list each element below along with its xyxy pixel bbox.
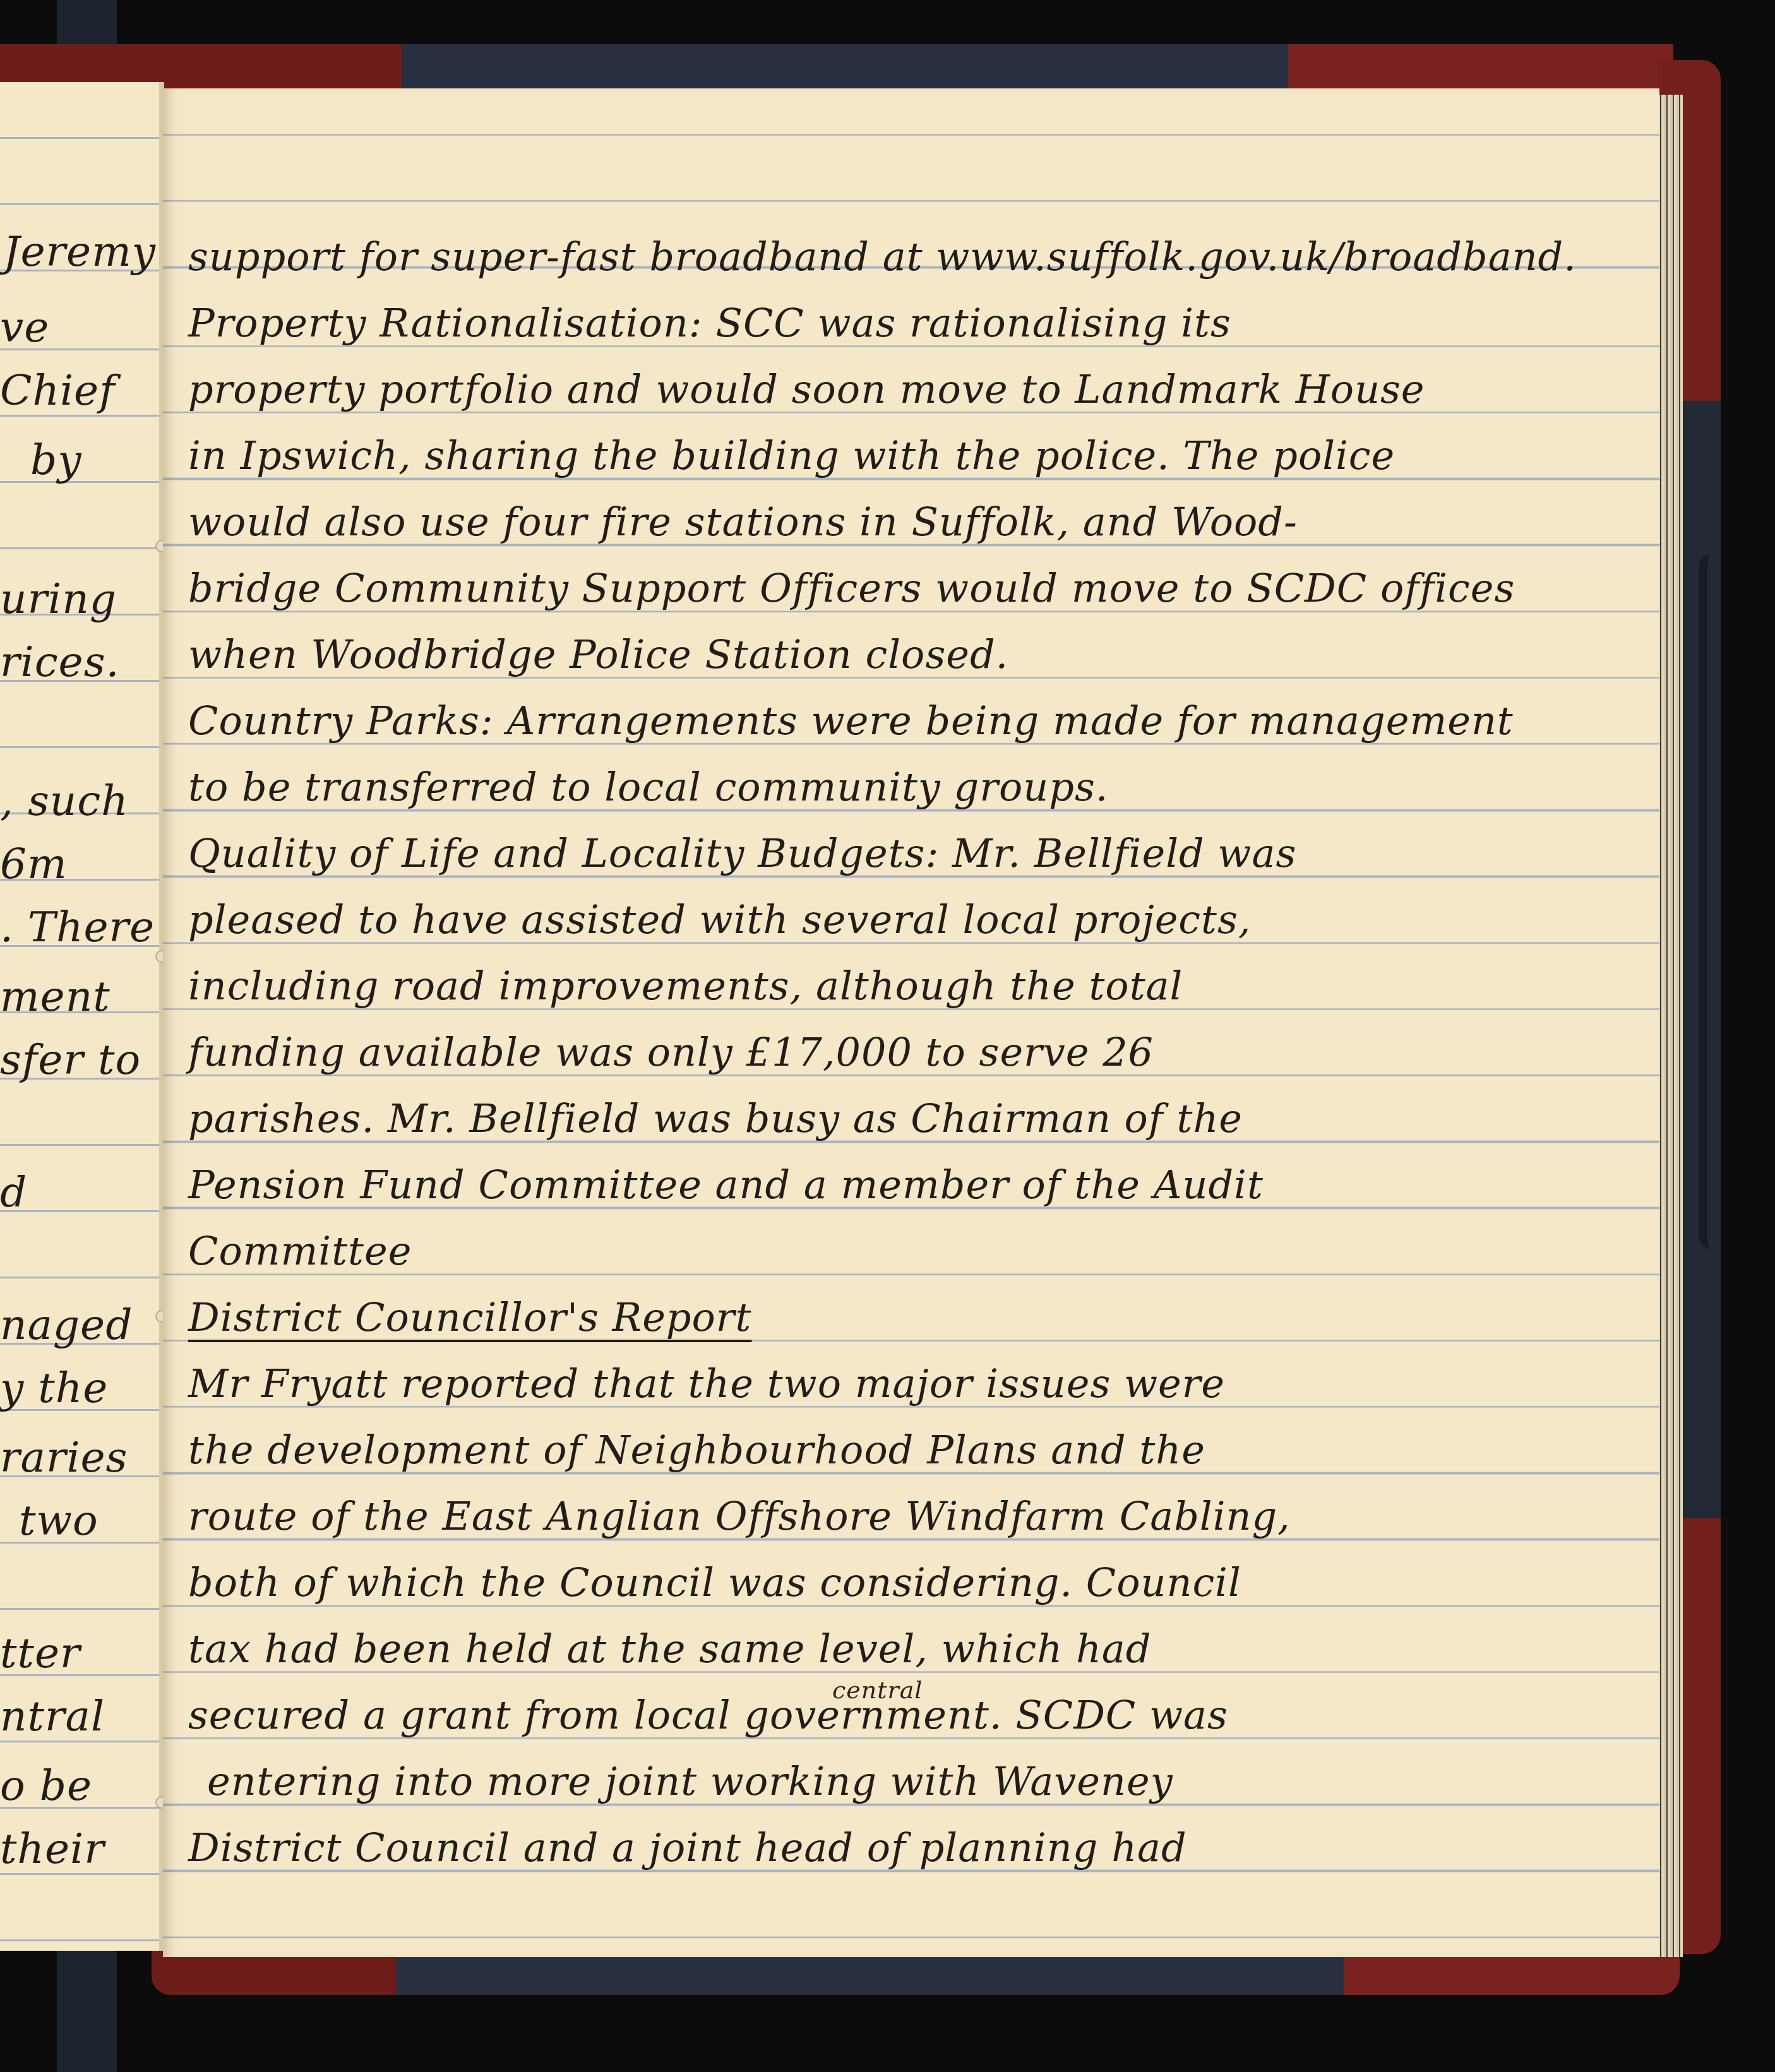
ribbon-bookmark: [1699, 553, 1733, 1253]
section-line-country-parks: Country Parks: Arrangements were being m…: [188, 698, 1514, 744]
right-page: support for super-fast broadband at www.…: [163, 88, 1659, 1957]
text-line: including road improvements, although th…: [188, 963, 1183, 1009]
left-page: Jeremy ve Chief by uring rices. , such 6…: [0, 82, 163, 1951]
text-line: Committee: [188, 1228, 412, 1274]
section-line-quality-of-life: Quality of Life and Locality Budgets: Mr…: [188, 830, 1296, 876]
left-fragment: o be: [0, 1761, 92, 1810]
left-fragment: ment: [0, 972, 111, 1021]
left-fragment: Jeremy: [3, 227, 156, 276]
page-edges: [1658, 95, 1683, 1957]
left-fragment: ve: [0, 303, 49, 352]
text-line: property portfolio and would soon move t…: [188, 366, 1425, 412]
left-fragment: raries: [0, 1433, 128, 1482]
left-fragment: uring: [0, 575, 117, 623]
text-line: secured a grant from local government. S…: [188, 1692, 1228, 1738]
left-fragment: sfer to: [0, 1035, 141, 1084]
text-line: entering into more joint working with Wa…: [207, 1758, 1173, 1804]
section-heading-district-report: District Councillor's Report: [188, 1294, 751, 1340]
text-line: Pension Fund Committee and a member of t…: [188, 1162, 1264, 1208]
text-line: tax had been held at the same level, whi…: [188, 1626, 1151, 1672]
left-fragment: d: [0, 1168, 27, 1217]
text-line: support for super-fast broadband at www.…: [188, 234, 1577, 280]
left-fragment: tter: [0, 1629, 81, 1677]
text-line: Property Rationalisation: SCC was ration…: [188, 300, 1231, 346]
text-line: to be transferred to local community gro…: [188, 764, 1108, 810]
text-line: both of which the Council was considerin…: [188, 1559, 1241, 1605]
left-fragment: their: [0, 1825, 105, 1873]
left-fragment: 6m: [0, 840, 68, 888]
text-line: route of the East Anglian Offshore Windf…: [188, 1493, 1291, 1539]
text-line: would also use four fire stations in Suf…: [188, 499, 1298, 545]
left-fragment: rices.: [0, 638, 120, 686]
left-fragment: ntral: [0, 1692, 105, 1741]
left-fragment: Chief: [0, 366, 116, 415]
left-fragment: . There: [0, 903, 155, 951]
text-line: when Woodbridge Police Station closed.: [188, 631, 1008, 677]
text-line: parishes. Mr. Bellfield was busy as Chai…: [188, 1095, 1243, 1141]
left-fragment: two: [19, 1496, 99, 1545]
left-fragment: y the: [0, 1364, 108, 1412]
text-line: Mr Fryatt reported that the two major is…: [188, 1360, 1225, 1407]
text-line: District Council and a joint head of pla…: [188, 1825, 1187, 1871]
left-fragment: by: [30, 436, 82, 484]
text-line: the development of Neighbourhood Plans a…: [188, 1427, 1205, 1473]
left-fragment: naged: [0, 1301, 133, 1349]
text-line: funding available was only £17,000 to se…: [188, 1029, 1154, 1075]
left-fragment: , such: [0, 777, 129, 825]
text-line: bridge Community Support Officers would …: [188, 565, 1515, 611]
text-line: pleased to have assisted with several lo…: [188, 896, 1252, 943]
text-line: in Ipswich, sharing the building with th…: [188, 432, 1395, 479]
